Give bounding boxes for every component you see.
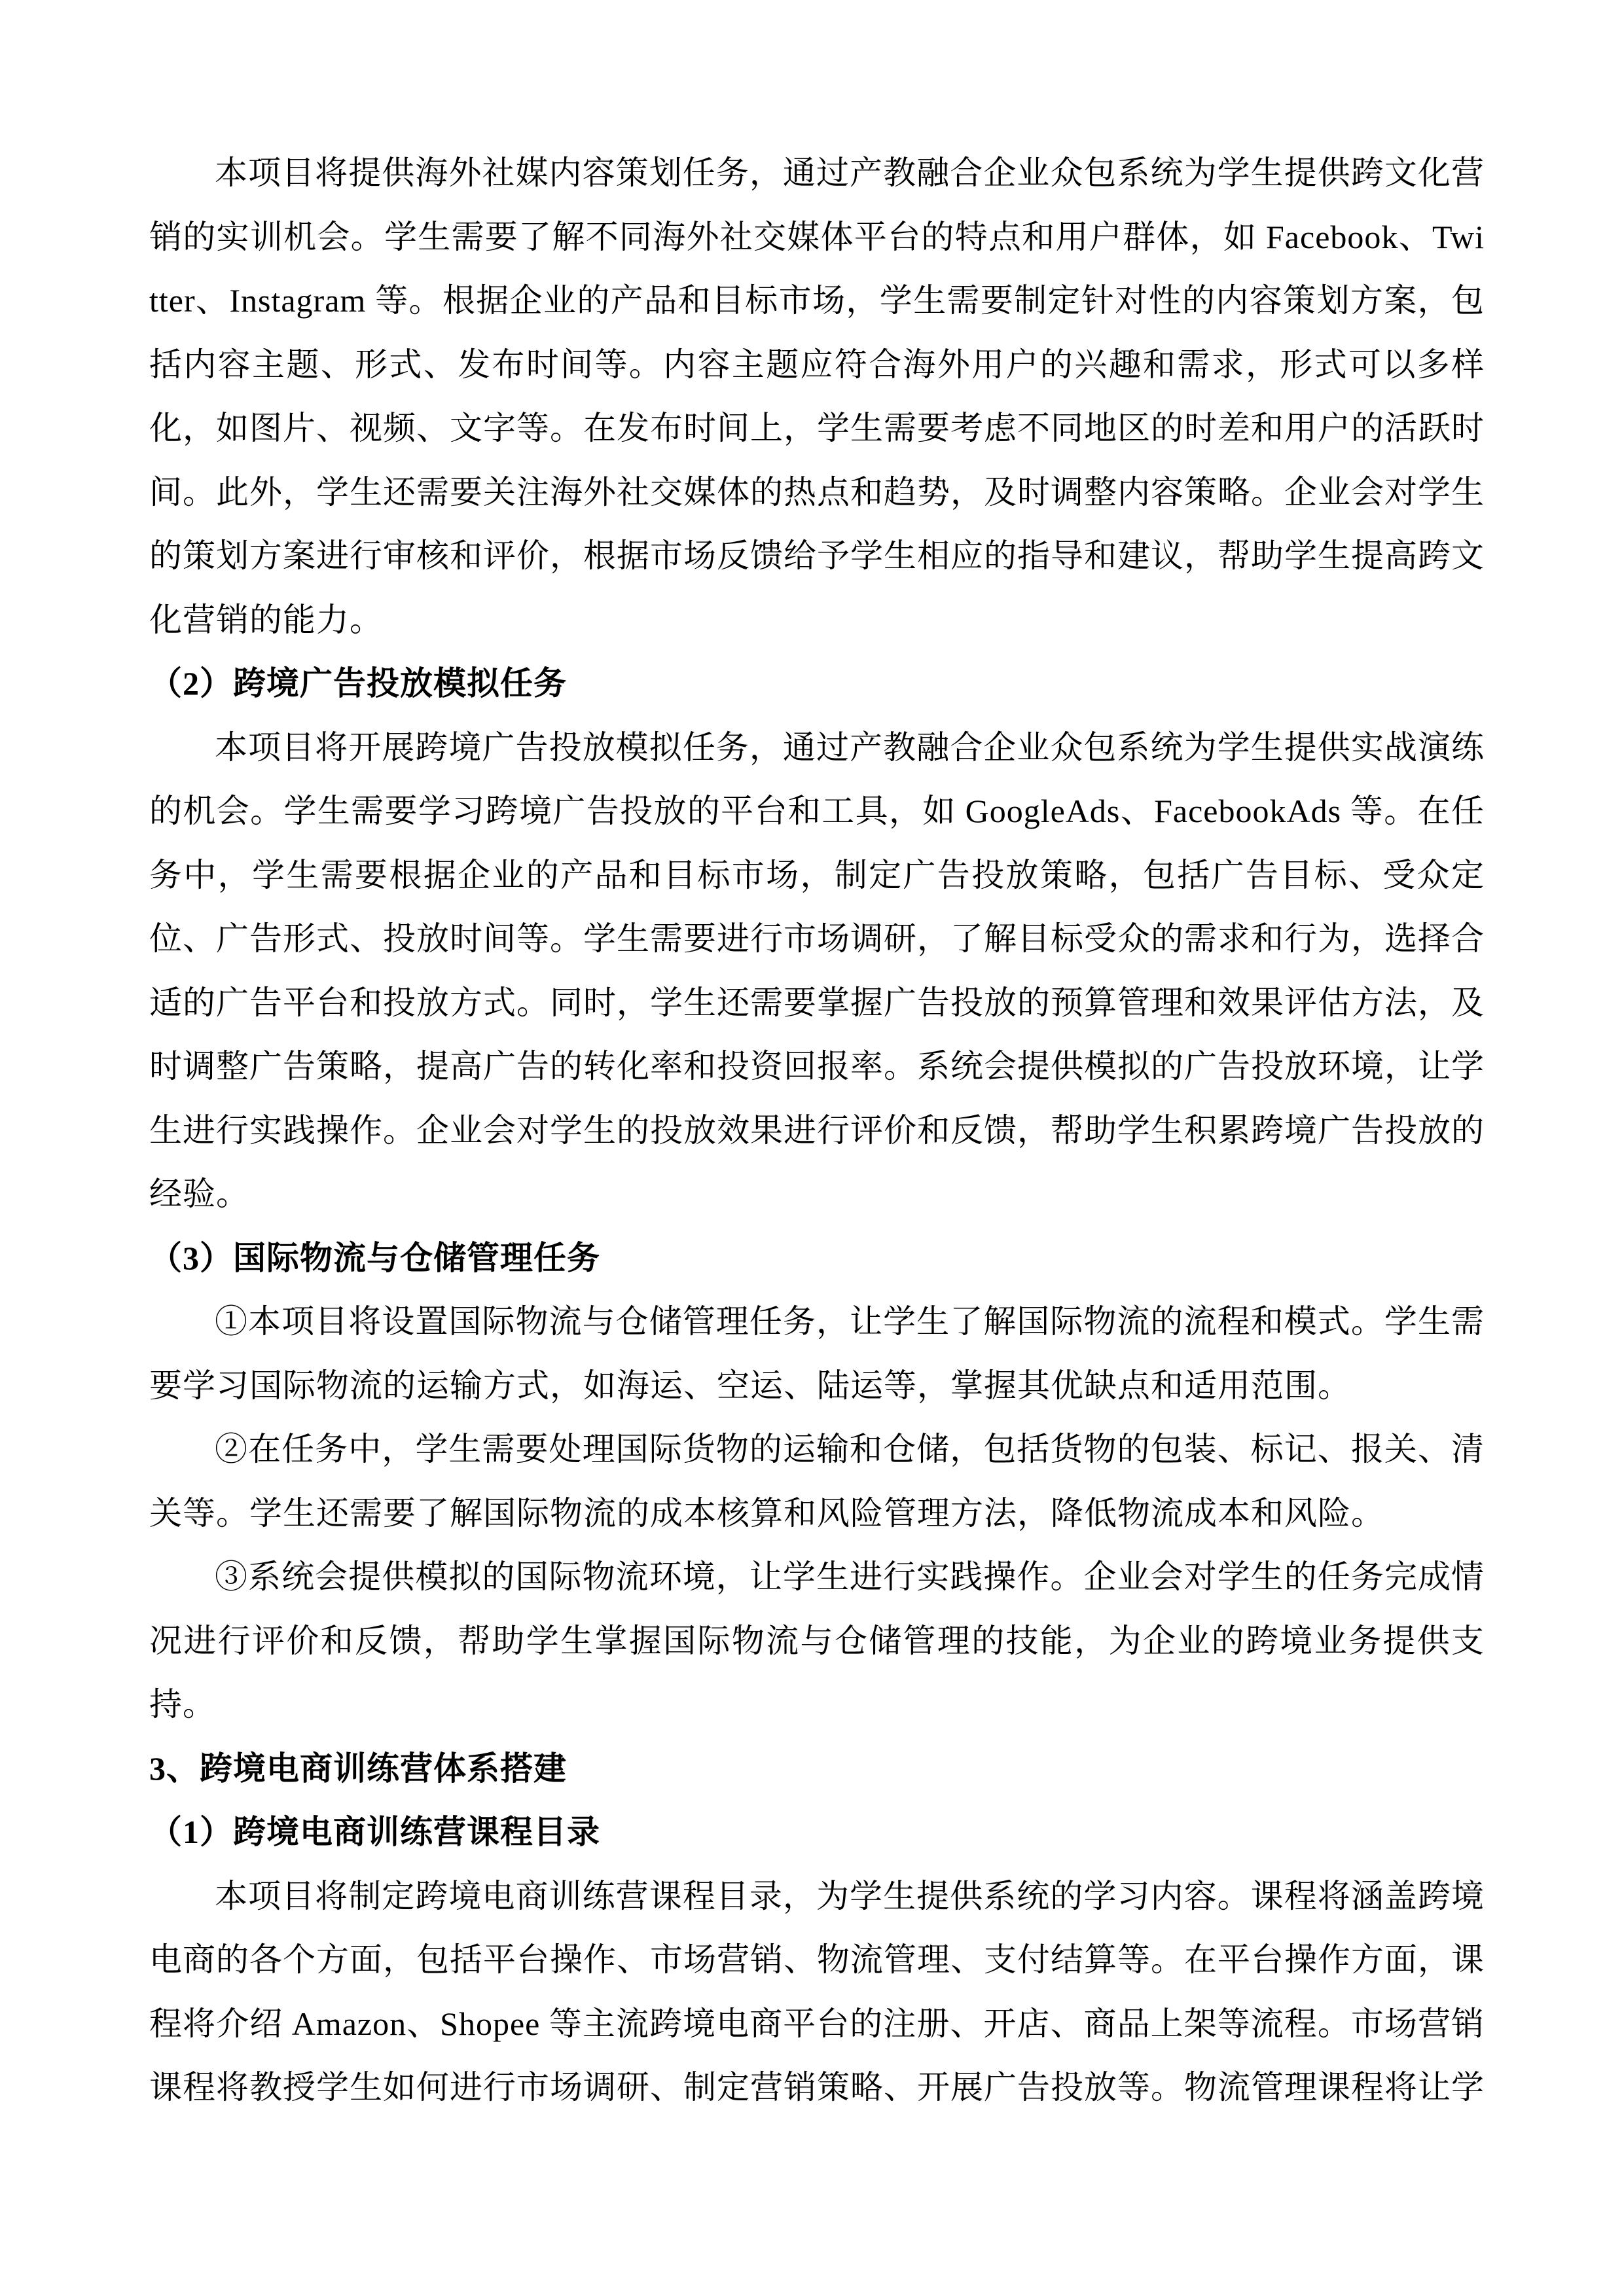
document-page: 本项目将提供海外社媒内容策划任务，通过产教融合企业众包系统为学生提供跨文化营销的… (0, 0, 1624, 2296)
paragraph-cross-border-ad-simulation: 本项目将开展跨境广告投放模拟任务，通过产教融合企业众包系统为学生提供实战演练的机… (149, 716, 1485, 1227)
heading-training-camp-curriculum: （1）跨境电商训练营课程目录 (149, 1801, 1485, 1865)
heading-training-camp-system: 3、跨境电商训练营体系搭建 (149, 1737, 1485, 1801)
document-content: 本项目将提供海外社媒内容策划任务，通过产教融合企业众包系统为学生提供跨文化营销的… (149, 141, 1485, 2120)
paragraph-training-camp-curriculum: 本项目将制定跨境电商训练营课程目录，为学生提供系统的学习内容。课程将涵盖跨境电商… (149, 1865, 1485, 2120)
paragraph-logistics-item-2: ②在任务中，学生需要处理国际货物的运输和仓储，包括货物的包装、标记、报关、清关等… (149, 1418, 1485, 1545)
paragraph-logistics-item-1: ①本项目将设置国际物流与仓储管理任务，让学生了解国际物流的流程和模式。学生需要学… (149, 1290, 1485, 1418)
paragraph-logistics-item-3: ③系统会提供模拟的国际物流环境，让学生进行实践操作。企业会对学生的任务完成情况进… (149, 1545, 1485, 1737)
heading-cross-border-ad-simulation: （2）跨境广告投放模拟任务 (149, 652, 1485, 716)
paragraph-social-media-content-planning: 本项目将提供海外社媒内容策划任务，通过产教融合企业众包系统为学生提供跨文化营销的… (149, 141, 1485, 652)
heading-international-logistics-warehousing: （3）国际物流与仓储管理任务 (149, 1227, 1485, 1291)
